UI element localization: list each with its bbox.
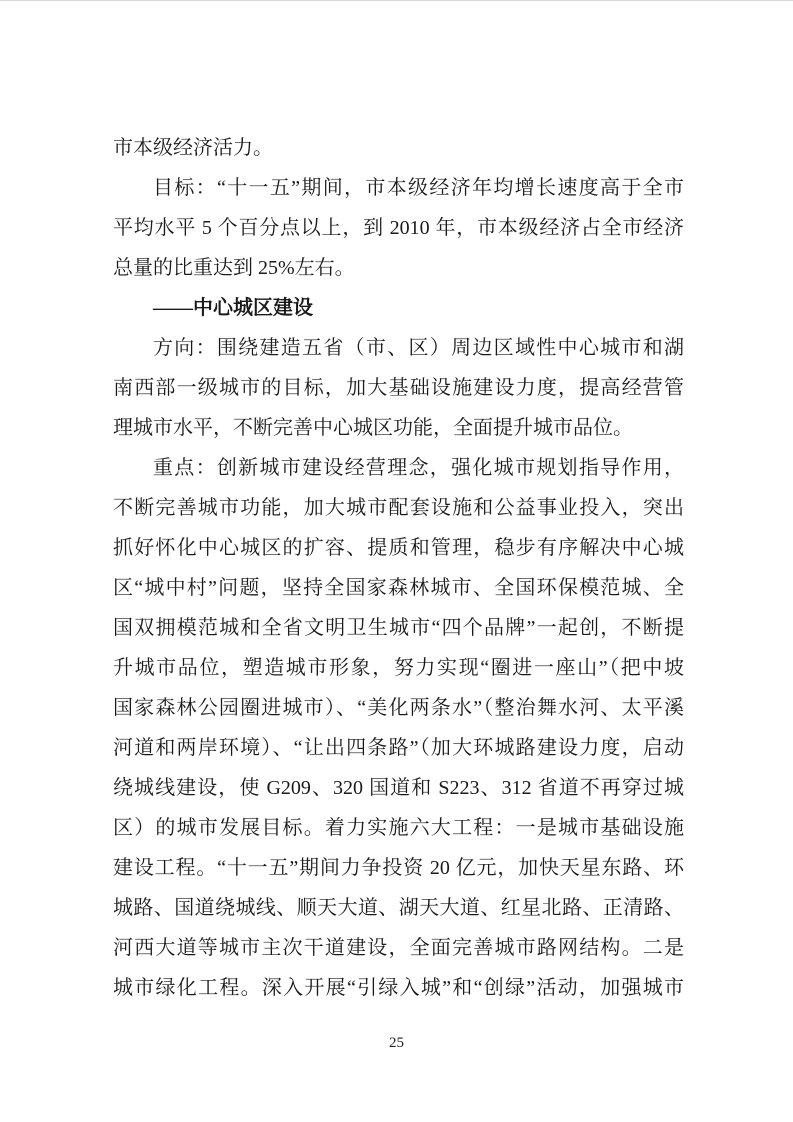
text-line: 区“城中村”问题，坚持全国家森林城市、全国环保模范城、全 (113, 568, 684, 608)
document-page: 市本级经济活力。 目标：“十一五”期间，市本级经济年均增长速度高于全市 平均水平… (0, 0, 793, 1122)
text-line: 南西部一级城市的目标，加大基础设施建设力度，提高经营管 (113, 368, 684, 408)
text-line: 总量的比重达到 25%左右。 (113, 248, 684, 288)
text-line: 城市绿化工程。深入开展“引绿入城”和“创绿”活动，加强城市 (113, 968, 684, 1008)
page-number: 25 (0, 1033, 793, 1053)
text-line: 理城市水平，不断完善中心城区功能，全面提升城市品位。 (113, 408, 684, 448)
text-line: 河西大道等城市主次干道建设，全面完善城市路网结构。二是 (113, 928, 684, 968)
text-block: 市本级经济活力。 目标：“十一五”期间，市本级经济年均增长速度高于全市 平均水平… (113, 128, 684, 1008)
text-line: 平均水平 5 个百分点以上，到 2010 年，市本级经济占全市经济 (113, 208, 684, 248)
text-line: 国家森林公园圈进城市）、“美化两条水”（整治舞水河、太平溪 (113, 688, 684, 728)
text-line: 市本级经济活力。 (113, 128, 684, 168)
text-line: 抓好怀化中心城区的扩容、提质和管理，稳步有序解决中心城 (113, 528, 684, 568)
text-line: 城路、国道绕城线、顺天大道、湖天大道、红星北路、正清路、 (113, 888, 684, 928)
text-line: 区）的城市发展目标。着力实施六大工程：一是城市基础设施 (113, 808, 684, 848)
text-line: 河道和两岸环境）、“让出四条路”（加大环城路建设力度，启动 (113, 728, 684, 768)
text-line: 国双拥模范城和全省文明卫生城市“四个品牌”一起创，不断提 (113, 608, 684, 648)
text-line: 重点：创新城市建设经营理念，强化城市规划指导作用， (113, 448, 684, 488)
text-line: 绕城线建设，使 G209、320 国道和 S223、312 省道不再穿过城 (113, 768, 684, 808)
text-line: 升城市品位，塑造城市形象，努力实现“圈进一座山”（把中坡 (113, 648, 684, 688)
section-heading-line: ——中心城区建设 (113, 288, 684, 328)
text-line: 建设工程。“十一五”期间力争投资 20 亿元，加快天星东路、环 (113, 848, 684, 888)
text-line: 方向：围绕建造五省（市、区）周边区域性中心城市和湖 (113, 328, 684, 368)
text-line: 目标：“十一五”期间，市本级经济年均增长速度高于全市 (113, 168, 684, 208)
text-line: 不断完善城市功能，加大城市配套设施和公益事业投入，突出 (113, 488, 684, 528)
